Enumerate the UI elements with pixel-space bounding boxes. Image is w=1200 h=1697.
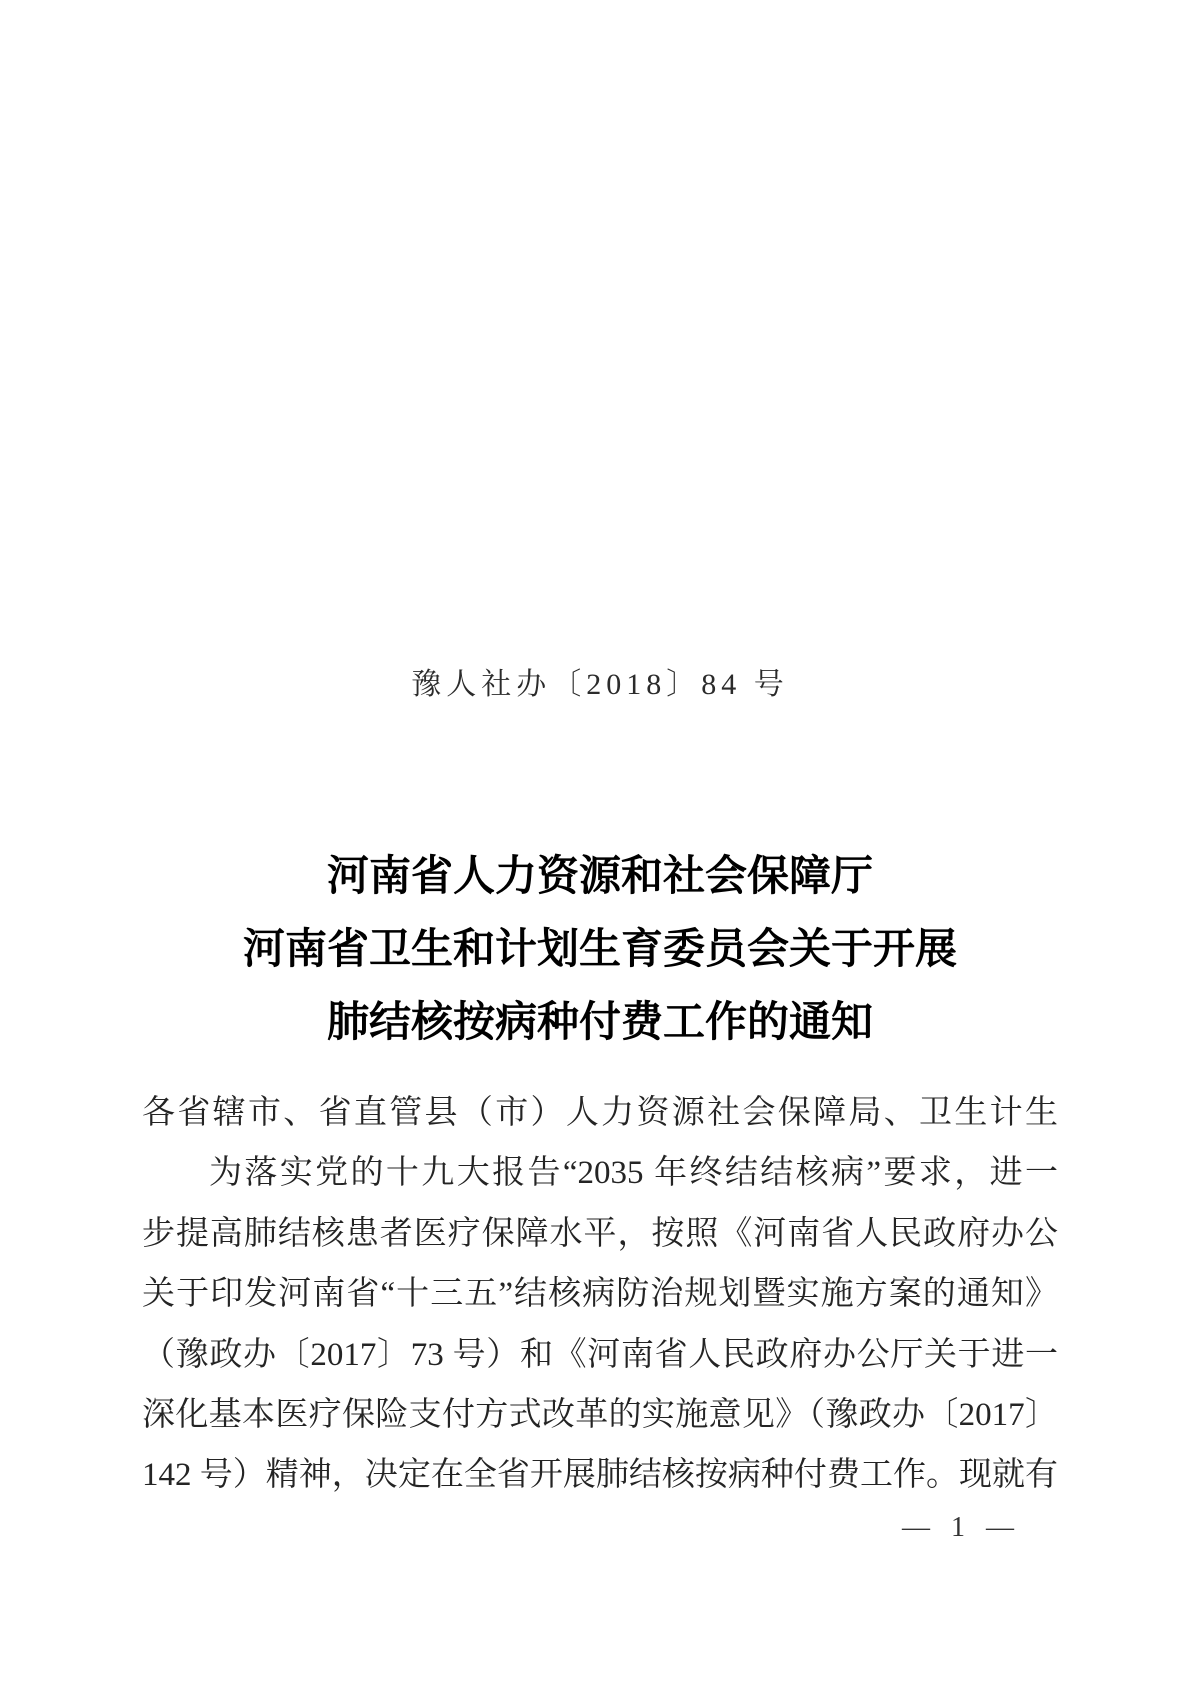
title-line-1: 河南省人力资源和社会保障厅 bbox=[0, 841, 1200, 914]
document-title: 河南省人力资源和社会保障厅 河南省卫生和计划生育委员会关于开展 肺结核按病种付费… bbox=[0, 841, 1200, 1060]
recipient-line: 各省辖市、省直管县（市）人力资源社会保障局、卫生计生委： bbox=[142, 1083, 1058, 1143]
document-number: 豫人社办〔2018〕84 号 bbox=[0, 666, 1200, 704]
title-line-3: 肺结核按病种付费工作的通知 bbox=[0, 987, 1200, 1060]
body-line: （豫政办〔2017〕73 号）和《河南省人民政府办公厅关于进一步 bbox=[142, 1325, 1058, 1385]
document-body: 各省辖市、省直管县（市）人力资源社会保障局、卫生计生委： 为落实党的十九大报告“… bbox=[142, 1083, 1058, 1506]
page-number: — 1 — bbox=[902, 1512, 1014, 1544]
document-page: 豫人社办〔2018〕84 号 河南省人力资源和社会保障厅 河南省卫生和计划生育委… bbox=[0, 0, 1200, 1697]
body-line: 142 号）精神，决定在全省开展肺结核按病种付费工作。现就有 bbox=[142, 1445, 1058, 1505]
body-line: 为落实党的十九大报告“2035 年终结结核病”要求，进一 bbox=[142, 1143, 1058, 1203]
body-line: 关于印发河南省“十三五”结核病防治规划暨实施方案的通知》 bbox=[142, 1264, 1058, 1324]
body-line: 深化基本医疗保险支付方式改革的实施意见》（豫政办〔2017〕 bbox=[142, 1385, 1058, 1445]
title-line-2: 河南省卫生和计划生育委员会关于开展 bbox=[0, 914, 1200, 987]
body-line: 步提高肺结核患者医疗保障水平，按照《河南省人民政府办公厅 bbox=[142, 1204, 1058, 1264]
